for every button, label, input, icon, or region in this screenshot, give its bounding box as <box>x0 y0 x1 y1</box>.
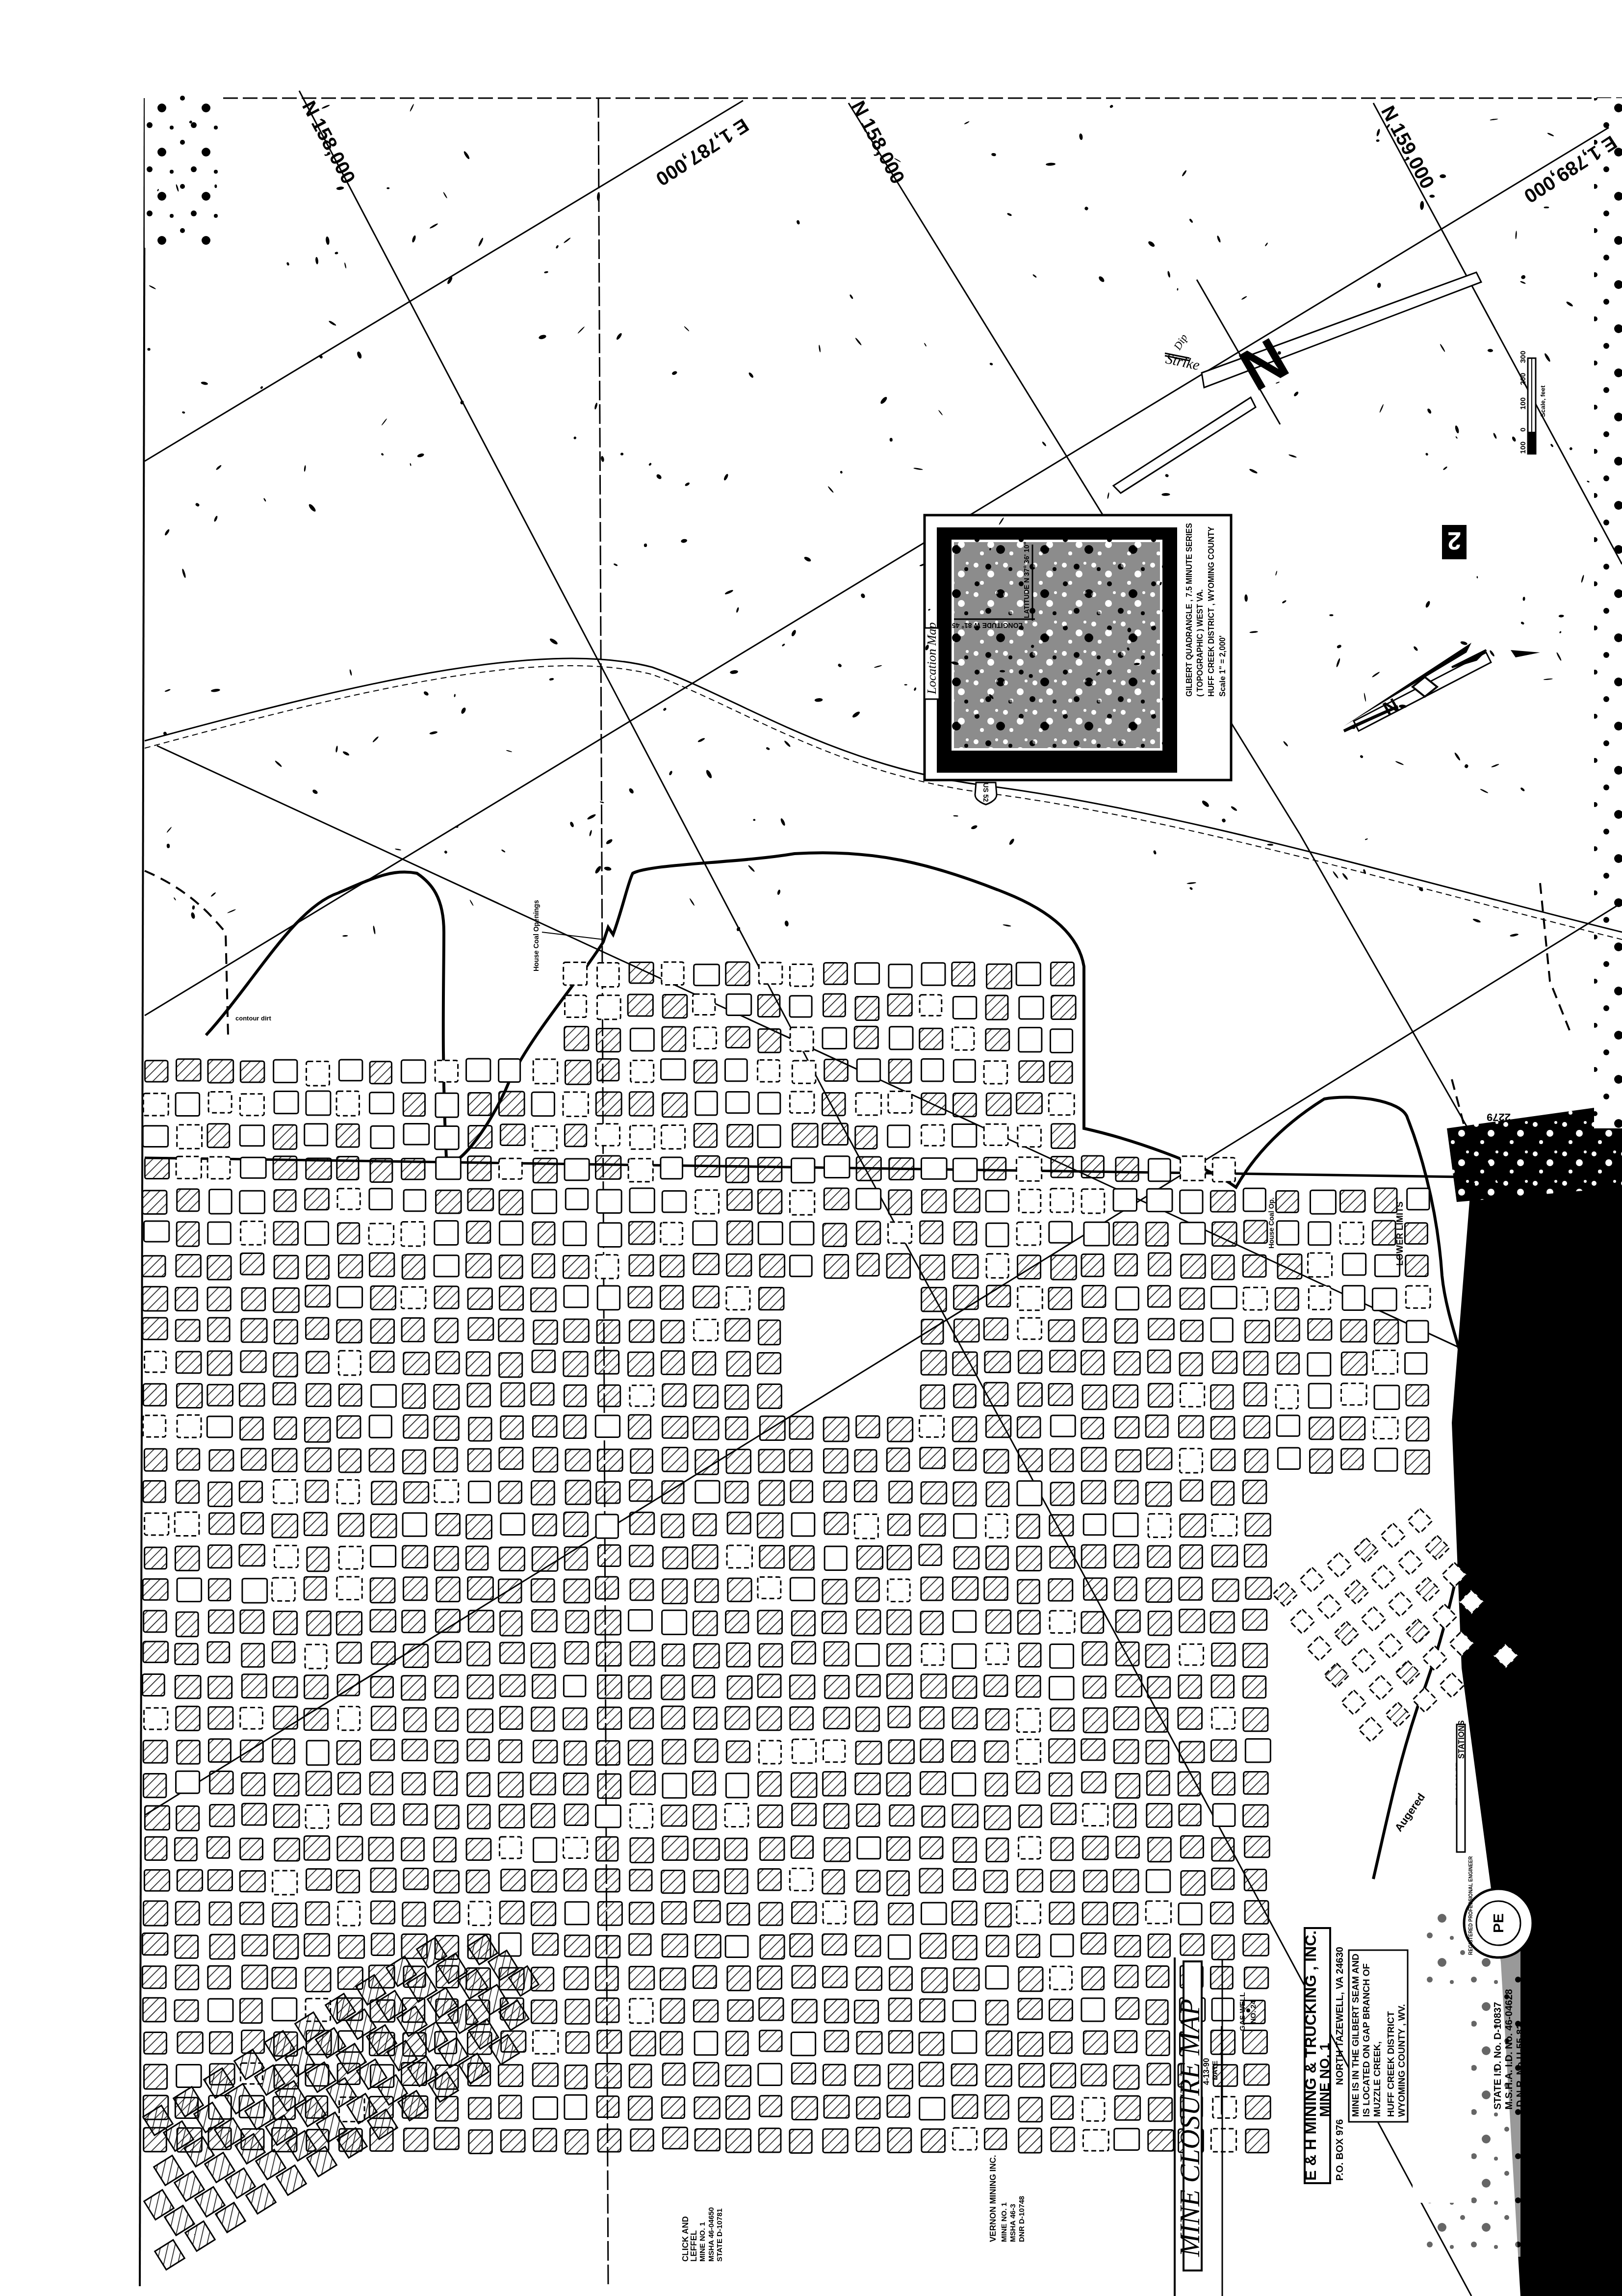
title-date-value: 4-13-90 <box>1203 2058 1211 2085</box>
adj1-msha: MSHA 46-04650 <box>707 2207 716 2262</box>
seam-number: 2 <box>1447 527 1461 554</box>
id-npdes: NPDES No WV0069578 <box>1527 2003 1540 2119</box>
coord-n1: N 158,000 <box>298 98 360 188</box>
id-scale: Scale 1" = 100' <box>1542 2039 1552 2107</box>
label-lower-limits: LOWER LIMITS <box>1395 1201 1405 1266</box>
inset-line4: Scale 1" = 2,000' <box>1219 635 1227 697</box>
gas-well-number: NO. 24 <box>1249 2000 1258 2024</box>
adj2-msha: MSHA 46-3 <box>1009 2204 1017 2242</box>
scan-specks <box>147 104 1590 937</box>
adj2-state: DNR D-10748 <box>1018 2196 1026 2242</box>
scale-tick-2: 100 <box>1519 397 1527 410</box>
id-msha: M.S.H.A. I.D. No. 46-04628 <box>1504 1989 1515 2110</box>
scale-tick-4: 300 <box>1519 351 1527 363</box>
adj2-line2: MINE NO. 1 <box>1000 2202 1008 2242</box>
scale-tick-1: 0 <box>1519 428 1527 432</box>
inset-line3: HUFF CREEK DISTRICT , WYOMING COUNTY <box>1208 526 1216 697</box>
note-line1: MINE IS IN THE GILBERT SEAM AND <box>1351 1954 1361 2117</box>
adj2-name: VERNON MINING INC. <box>988 2155 998 2242</box>
id-dnr: D.N.R. No U-55-82 <box>1515 2024 1526 2107</box>
label-house-coal-op: House Coal Op. <box>1267 1198 1275 1249</box>
adj1-state: STATE D-10781 <box>716 2208 724 2262</box>
title-mine: MINE NO. 1 <box>1317 2043 1332 2117</box>
note-line4: HUFF CREEK DISTRICT <box>1386 2011 1396 2117</box>
adjacent-mine-labels: CLICK AND LEFFEL MINE NO. 1 MSHA 46-0465… <box>679 2154 1026 2267</box>
label-augered: Augered <box>1392 1791 1428 1833</box>
location-note: MINE IS IN THE GILBERT SEAM AND IS LOCAT… <box>1349 1950 1408 2122</box>
scale-tick-3: 200 <box>1519 373 1527 385</box>
strike-dip-arrow: N Strike Dip <box>1113 272 1481 493</box>
label-house-coal-openings: House Coal Openings <box>532 900 540 971</box>
inset-longitude: LONGITUDE W 81° 45' 20" <box>938 622 1023 629</box>
strike-north-n: N <box>1229 325 1299 403</box>
highway-shield-label: US 52 <box>982 783 990 802</box>
adj1-line3: MINE NO. 1 <box>698 2222 707 2262</box>
scale-tick-0: 100 <box>1519 442 1527 454</box>
svg-text:PE: PE <box>1491 1913 1507 1933</box>
inset-line2: ( TOPOGRAPHIC ) WEST VA. <box>1196 589 1205 697</box>
adj1-line2: LEFFEL <box>689 2230 698 2262</box>
location-map-inset: LATITUDE N 37° 36' 10" LONGITUDE W 81° 4… <box>925 515 1231 780</box>
mine-map: N 158,000 E 1,787,000 N 158,000 N 159,00… <box>0 0 1622 2296</box>
title-address2: NORTH TAZEWELL, VA 24630 <box>1335 1947 1345 2085</box>
coord-n2: N 158,000 <box>847 98 909 188</box>
title-address1: P.O. BOX 976 <box>1335 2119 1345 2181</box>
gas-well-label: GAS WELL <box>1238 1992 1247 2031</box>
dip-label: Dip <box>1171 332 1190 352</box>
scale-label: Scale, feet <box>1539 385 1546 417</box>
inset-side-label: Location Map <box>925 622 939 695</box>
note-line3: MUZZLE CREEK, <box>1372 2041 1383 2117</box>
seam-number-badge: 2 <box>1442 525 1467 559</box>
note-line5: WYOMING COUNTY , WV. <box>1397 2004 1407 2117</box>
coordinate-labels: N 158,000 E 1,787,000 N 158,000 N 159,00… <box>298 98 1621 207</box>
label-contour-dirt: contour dirt <box>235 1015 272 1022</box>
label-stations: STATIONS <box>1458 1720 1466 1759</box>
label-elevation-2279: 2279 <box>1487 1111 1511 1123</box>
map-title: MINE CLOSURE MAP <box>1175 1999 1206 2257</box>
inset-latitude: LATITUDE N 37° 36' 10" <box>1023 542 1030 618</box>
title-date-label: DATE <box>1211 2061 1219 2080</box>
note-line2: IS LOCATED ON GAP BRANCH OF <box>1362 1963 1372 2117</box>
strike-label: Strike <box>1164 351 1201 374</box>
scale-bar: 100 0 100 200 300 Scale, feet <box>1519 351 1546 454</box>
coord-n3: N 159,000 <box>1377 103 1439 193</box>
compass-rose: N <box>1344 643 1540 731</box>
id-state: STATE I.D. No. D-10837 <box>1493 2002 1503 2110</box>
inset-line1: GILBERT QUADRANGLE , 7.5 MINUTE SERIES <box>1185 523 1194 697</box>
seal-text: REGISTERED PROFESSIONAL ENGINEER <box>1468 1856 1474 1955</box>
